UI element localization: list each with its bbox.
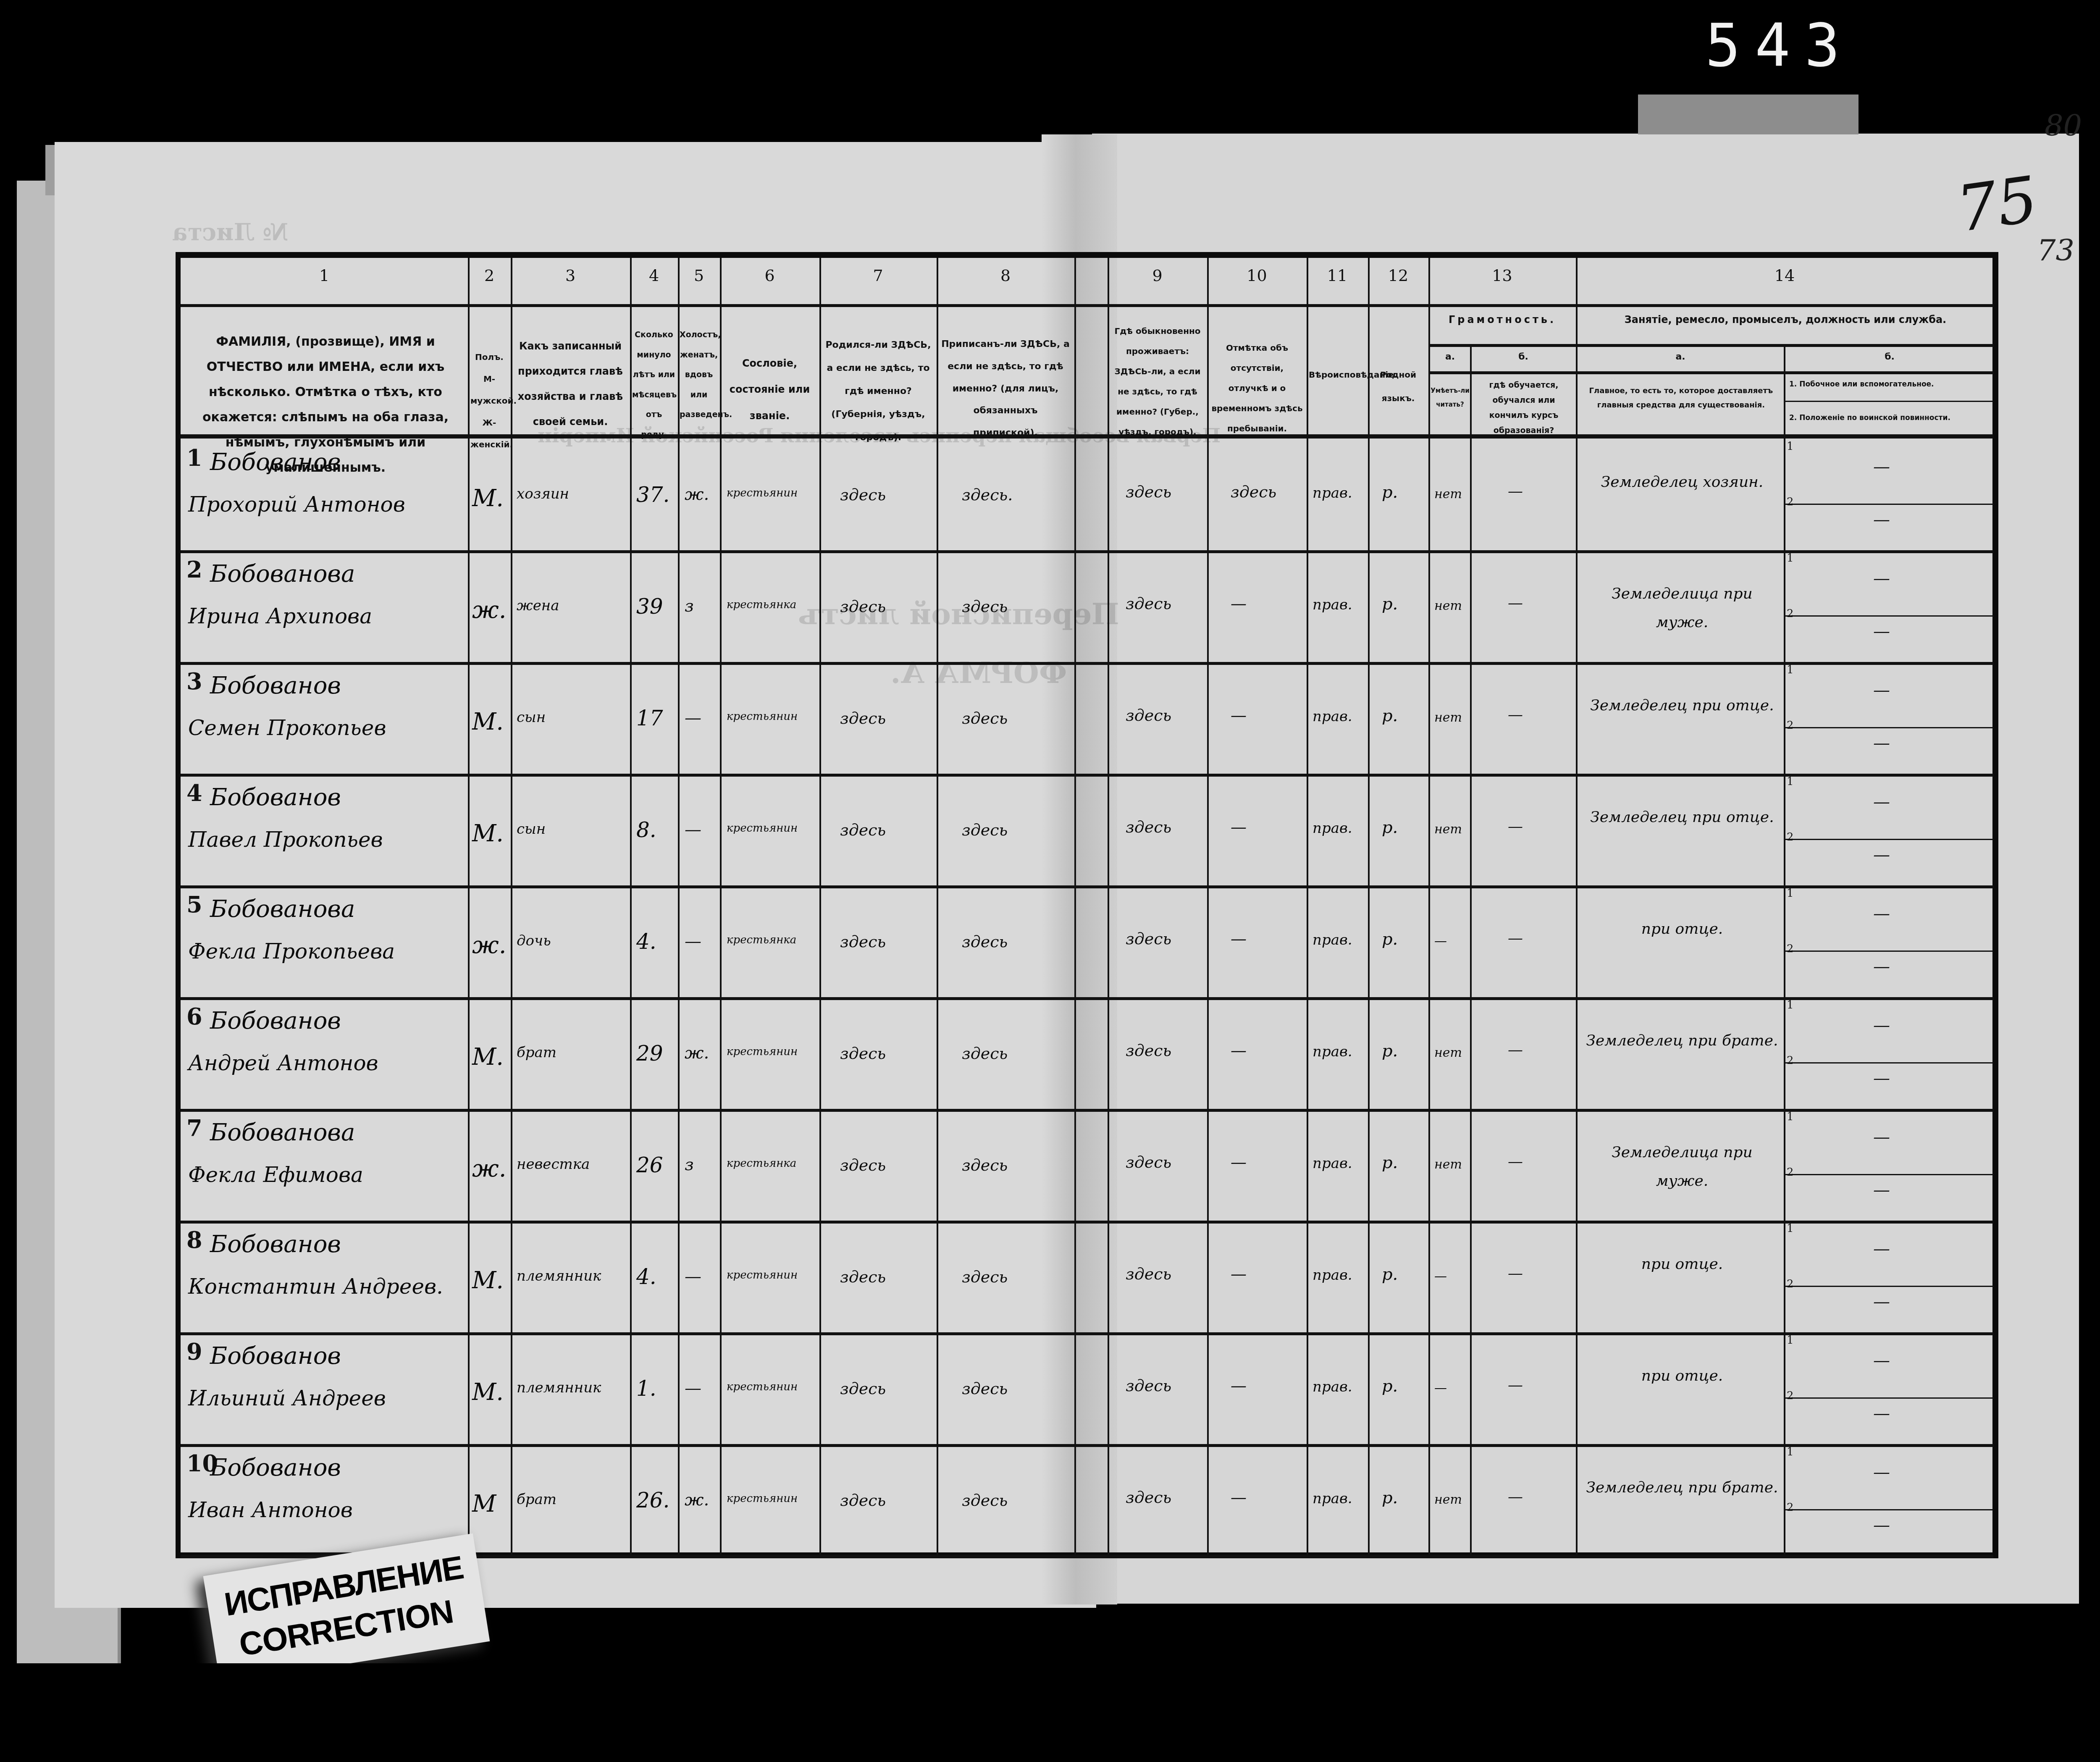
subrow-label-2: 2 (1787, 1501, 1794, 1514)
subrow-label-1: 1 (1787, 1334, 1794, 1347)
subrow-label-2: 2 (1787, 1054, 1794, 1067)
religion: прав. (1312, 1267, 1352, 1284)
residence: здесь (1126, 1041, 1171, 1060)
ghost-sheet-label: № Листа (172, 218, 289, 246)
absence-note: — (1231, 1265, 1247, 1283)
table-row: 9 Бобованов Ильиний Андреев М. племянник… (181, 1332, 1993, 1444)
sex: М. (472, 708, 504, 735)
can-read: нет (1434, 1045, 1462, 1060)
military-status: — (1873, 845, 1890, 864)
table-row: 8 Бобованов Константин Андреев. М. племя… (181, 1221, 1993, 1332)
absence-note: — (1231, 930, 1247, 948)
table-row: 5 Бобованова Фекла Прокопьева ж. дочь 4.… (181, 885, 1993, 997)
given-name-patronymic: Константин Андреев. (188, 1274, 443, 1299)
military-status: — (1873, 510, 1890, 529)
native-language: р. (1382, 1265, 1398, 1284)
can-read: нет (1434, 599, 1462, 613)
age: 26 (636, 1153, 663, 1177)
estate: крестьянин (727, 710, 798, 723)
birthplace: здесь (840, 1379, 886, 1398)
relation-to-head: хозяин (517, 486, 569, 502)
residence: здесь (1126, 483, 1171, 501)
residence: здесь (1126, 1153, 1171, 1171)
native-language: р. (1382, 1488, 1398, 1507)
folio-number: 75 (1953, 163, 2042, 247)
given-name-patronymic: Андрей Антонов (188, 1051, 378, 1075)
residence: здесь (1126, 1265, 1171, 1283)
age: 4. (636, 930, 656, 954)
row-number: 3 (186, 668, 202, 695)
estate: крестьянин (727, 1381, 798, 1393)
subrow-label-1: 1 (1787, 999, 1794, 1011)
age: 26. (636, 1488, 670, 1513)
side-occupation: — (1873, 1127, 1890, 1147)
table-row: 4 Бобованов Павел Прокопьев М. сын 8. — … (181, 774, 1993, 885)
side-occupation: — (1873, 792, 1890, 811)
relation-to-head: брат (517, 1491, 556, 1508)
can-read: нет (1434, 1492, 1462, 1507)
side-occupation: — (1873, 457, 1890, 476)
subrow-label-1: 1 (1787, 887, 1794, 900)
native-language: р. (1382, 594, 1398, 614)
estate: крестьянин (727, 1492, 798, 1505)
relation-to-head: жена (517, 597, 559, 614)
registration-place: здесь (962, 1379, 1008, 1398)
marital-status: ж. (685, 1490, 709, 1510)
subrow-label-2: 2 (1787, 1166, 1794, 1179)
estate: крестьянин (727, 1269, 798, 1281)
registration-place: здесь (962, 1156, 1008, 1174)
birthplace: здесь (840, 709, 886, 727)
religion: прав. (1312, 932, 1352, 948)
side-occupation: — (1873, 680, 1890, 700)
birthplace: здесь (840, 1156, 886, 1174)
surname: Бобованова (210, 560, 355, 588)
given-name-patronymic: Ильиний Андреев (188, 1386, 386, 1410)
row-number: 6 (186, 1003, 202, 1030)
religion: прав. (1312, 820, 1352, 837)
estate: крестьянин (727, 487, 798, 499)
row-number: 1 (186, 444, 202, 471)
given-name-patronymic: Ирина Архипова (188, 604, 372, 628)
row-number: 2 (186, 556, 202, 583)
census-rows: 1 Бобованов Прохорий Антонов М. хозяин 3… (181, 258, 1993, 1556)
absence-note: — (1231, 1488, 1247, 1507)
native-language: р. (1382, 1376, 1398, 1396)
marital-status: — (685, 820, 701, 839)
relation-to-head: невестка (517, 1156, 590, 1173)
side-occupation: — (1873, 1463, 1890, 1482)
sex: М. (472, 485, 504, 512)
surname: Бобованов (210, 1454, 341, 1481)
table-row: 1 Бобованов Прохорий Антонов М. хозяин 3… (181, 439, 1993, 550)
residence: здесь (1126, 706, 1171, 725)
marital-status: з (685, 596, 694, 616)
estate: крестьянка (727, 1157, 796, 1170)
native-language: р. (1382, 706, 1398, 725)
subrow-label-1: 1 (1787, 1111, 1794, 1123)
surname: Бобованов (210, 1007, 341, 1035)
sex: М. (472, 1043, 504, 1071)
side-occupation: — (1873, 1239, 1890, 1258)
education: — (1508, 1376, 1523, 1394)
military-status: — (1873, 733, 1890, 753)
birthplace: здесь (840, 1491, 886, 1510)
subrow-label-1: 1 (1787, 1222, 1794, 1235)
side-occupation: — (1873, 1016, 1890, 1035)
birthplace: здесь (840, 486, 886, 504)
marital-status: з (685, 1155, 694, 1174)
education: — (1508, 818, 1523, 835)
subrow-label-2: 2 (1787, 1278, 1794, 1290)
sex: М. (472, 1379, 504, 1406)
military-status: — (1873, 1515, 1890, 1535)
education: — (1508, 483, 1523, 500)
birthplace: здесь (840, 1044, 886, 1063)
relation-to-head: дочь (517, 932, 551, 949)
education: — (1508, 1265, 1523, 1282)
marital-status: — (685, 1267, 701, 1286)
sex: ж. (472, 932, 506, 959)
residence: здесь (1126, 930, 1171, 948)
registration-place: здесь (962, 1044, 1008, 1063)
registration-place: здесь (962, 1491, 1008, 1510)
subrow-label-1: 1 (1787, 552, 1794, 565)
marital-status: ж. (685, 485, 709, 504)
absence-note: — (1231, 1376, 1247, 1395)
absence-note: — (1231, 706, 1247, 725)
marital-status: ж. (685, 1043, 709, 1063)
estate: крестьянка (727, 599, 796, 611)
subrow-label-1: 1 (1787, 1446, 1794, 1458)
sex: ж. (472, 596, 506, 624)
education: — (1508, 1488, 1523, 1505)
relation-to-head: племянник (517, 1379, 601, 1396)
registration-place: здесь (962, 709, 1008, 727)
main-occupation: Земледелица при муже. (1585, 1138, 1779, 1196)
main-occupation: Земледелец при отце. (1585, 691, 1779, 720)
birthplace: здесь (840, 821, 886, 839)
native-language: р. (1382, 483, 1398, 502)
surname: Бобованов (210, 449, 341, 476)
row-number: 8 (186, 1226, 202, 1253)
main-occupation: Земледелец хозяин. (1585, 468, 1779, 496)
marital-status: — (685, 932, 701, 951)
education: — (1508, 706, 1523, 723)
surname: Бобованова (210, 1119, 355, 1146)
table-row: 3 Бобованов Семен Прокопьев М. сын 17 — … (181, 662, 1993, 774)
sex: М. (472, 820, 504, 847)
given-name-patronymic: Фекла Ефимова (188, 1163, 363, 1187)
marital-status: — (685, 1379, 701, 1398)
residence: здесь (1126, 1376, 1171, 1395)
registration-place: здесь (962, 1268, 1008, 1286)
religion: прав. (1312, 1379, 1352, 1395)
can-read: нет (1434, 487, 1462, 502)
row-number: 9 (186, 1338, 202, 1365)
torn-paper-strip (1638, 95, 1858, 134)
military-status: — (1873, 1069, 1890, 1088)
given-name-patronymic: Прохорий Антонов (188, 492, 405, 517)
birthplace: здесь (840, 932, 886, 951)
age: 8. (636, 818, 656, 842)
main-occupation: при отце. (1585, 1250, 1779, 1279)
subrow-label-2: 2 (1787, 943, 1794, 955)
age: 39 (636, 594, 663, 619)
education: — (1508, 1041, 1523, 1058)
sex: М. (472, 1267, 504, 1294)
native-language: р. (1382, 1153, 1398, 1172)
religion: прав. (1312, 485, 1352, 502)
registration-place: здесь. (962, 486, 1013, 504)
subrow-label-2: 2 (1787, 1389, 1794, 1402)
birthplace: здесь (840, 1268, 886, 1286)
marital-status: — (685, 708, 701, 727)
main-occupation: при отце. (1585, 915, 1779, 943)
residence: здесь (1126, 818, 1171, 836)
religion: прав. (1312, 1043, 1352, 1060)
can-read: нет (1434, 710, 1462, 725)
sex: М (472, 1490, 496, 1518)
relation-to-head: сын (517, 709, 546, 726)
main-occupation: Земледелица при муже. (1585, 580, 1779, 637)
can-read: нет (1434, 1157, 1462, 1172)
folio-old-number: 73 (2037, 233, 2074, 268)
religion: прав. (1312, 1490, 1352, 1507)
residence: здесь (1126, 594, 1171, 613)
main-occupation: Земледелец при брате. (1585, 1027, 1779, 1055)
table-row: 6 Бобованов Андрей Антонов М. брат 29 ж.… (181, 997, 1993, 1109)
side-occupation: — (1873, 1351, 1890, 1370)
surname: Бобованов (210, 784, 341, 811)
row-number: 4 (186, 780, 202, 806)
age: 29 (636, 1041, 663, 1066)
given-name-patronymic: Семен Прокопьев (188, 716, 386, 740)
absence-note: — (1231, 594, 1247, 613)
age: 1. (636, 1376, 656, 1401)
birthplace: здесь (840, 597, 886, 616)
religion: прав. (1312, 1155, 1352, 1172)
can-read: — (1434, 1269, 1447, 1284)
estate: крестьянин (727, 1045, 798, 1058)
table-row: 7 Бобованова Фекла Ефимова ж. невестка 2… (181, 1109, 1993, 1221)
registration-place: здесь (962, 821, 1008, 839)
military-status: — (1873, 1292, 1890, 1311)
subrow-label-2: 2 (1787, 831, 1794, 843)
side-occupation: — (1873, 569, 1890, 588)
table-row: 2 Бобованова Ирина Архипова ж. жена 39 з… (181, 550, 1993, 662)
registration-place: здесь (962, 597, 1008, 616)
military-status: — (1873, 957, 1890, 976)
military-status: — (1873, 622, 1890, 641)
subrow-label-1: 1 (1787, 440, 1794, 453)
can-read: — (1434, 1381, 1447, 1395)
absence-note: здесь (1231, 483, 1276, 501)
given-name-patronymic: Иван Антонов (188, 1498, 353, 1522)
main-occupation: при отце. (1585, 1362, 1779, 1390)
military-status: — (1873, 1180, 1890, 1200)
registration-place: здесь (962, 932, 1008, 951)
given-name-patronymic: Павел Прокопьев (188, 827, 383, 852)
can-read: нет (1434, 822, 1462, 837)
absence-note: — (1231, 818, 1247, 836)
side-occupation: — (1873, 904, 1890, 923)
residence: здесь (1126, 1488, 1171, 1507)
main-occupation: Земледелец при брате. (1585, 1473, 1779, 1502)
native-language: р. (1382, 930, 1398, 949)
age: 17 (636, 706, 663, 730)
subrow-label-1: 1 (1787, 664, 1794, 676)
given-name-patronymic: Фекла Прокопьева (188, 939, 395, 964)
age: 4. (636, 1265, 656, 1289)
subrow-label-2: 2 (1787, 719, 1794, 732)
row-number: 5 (186, 891, 202, 918)
scan-border (0, 1663, 2100, 1762)
estate: крестьянин (727, 822, 798, 835)
subrow-label-1: 1 (1787, 775, 1794, 788)
absence-note: — (1231, 1041, 1247, 1060)
estate: крестьянка (727, 934, 796, 946)
age: 37. (636, 483, 670, 507)
row-number: 7 (186, 1115, 202, 1142)
surname: Бобованов (210, 1342, 341, 1370)
sex: ж. (472, 1155, 506, 1182)
surname: Бобованова (210, 895, 355, 923)
religion: прав. (1312, 596, 1352, 613)
subrow-label-2: 2 (1787, 607, 1794, 620)
military-status: — (1873, 1404, 1890, 1423)
relation-to-head: сын (517, 821, 546, 838)
relation-to-head: племянник (517, 1268, 601, 1284)
education: — (1508, 1153, 1523, 1170)
can-read: — (1434, 934, 1447, 948)
main-occupation: Земледелец при отце. (1585, 803, 1779, 832)
education: — (1508, 930, 1523, 947)
absence-note: — (1231, 1153, 1247, 1171)
archive-frame-number: 543 (1705, 12, 1854, 80)
native-language: р. (1382, 818, 1398, 837)
subrow-label-2: 2 (1787, 496, 1794, 508)
surname: Бобованов (210, 672, 341, 699)
surname: Бобованов (210, 1231, 341, 1258)
religion: прав. (1312, 708, 1352, 725)
relation-to-head: брат (517, 1044, 556, 1061)
education: — (1508, 594, 1523, 612)
native-language: р. (1382, 1041, 1398, 1061)
folio-top-corner: 80 (2045, 108, 2082, 143)
